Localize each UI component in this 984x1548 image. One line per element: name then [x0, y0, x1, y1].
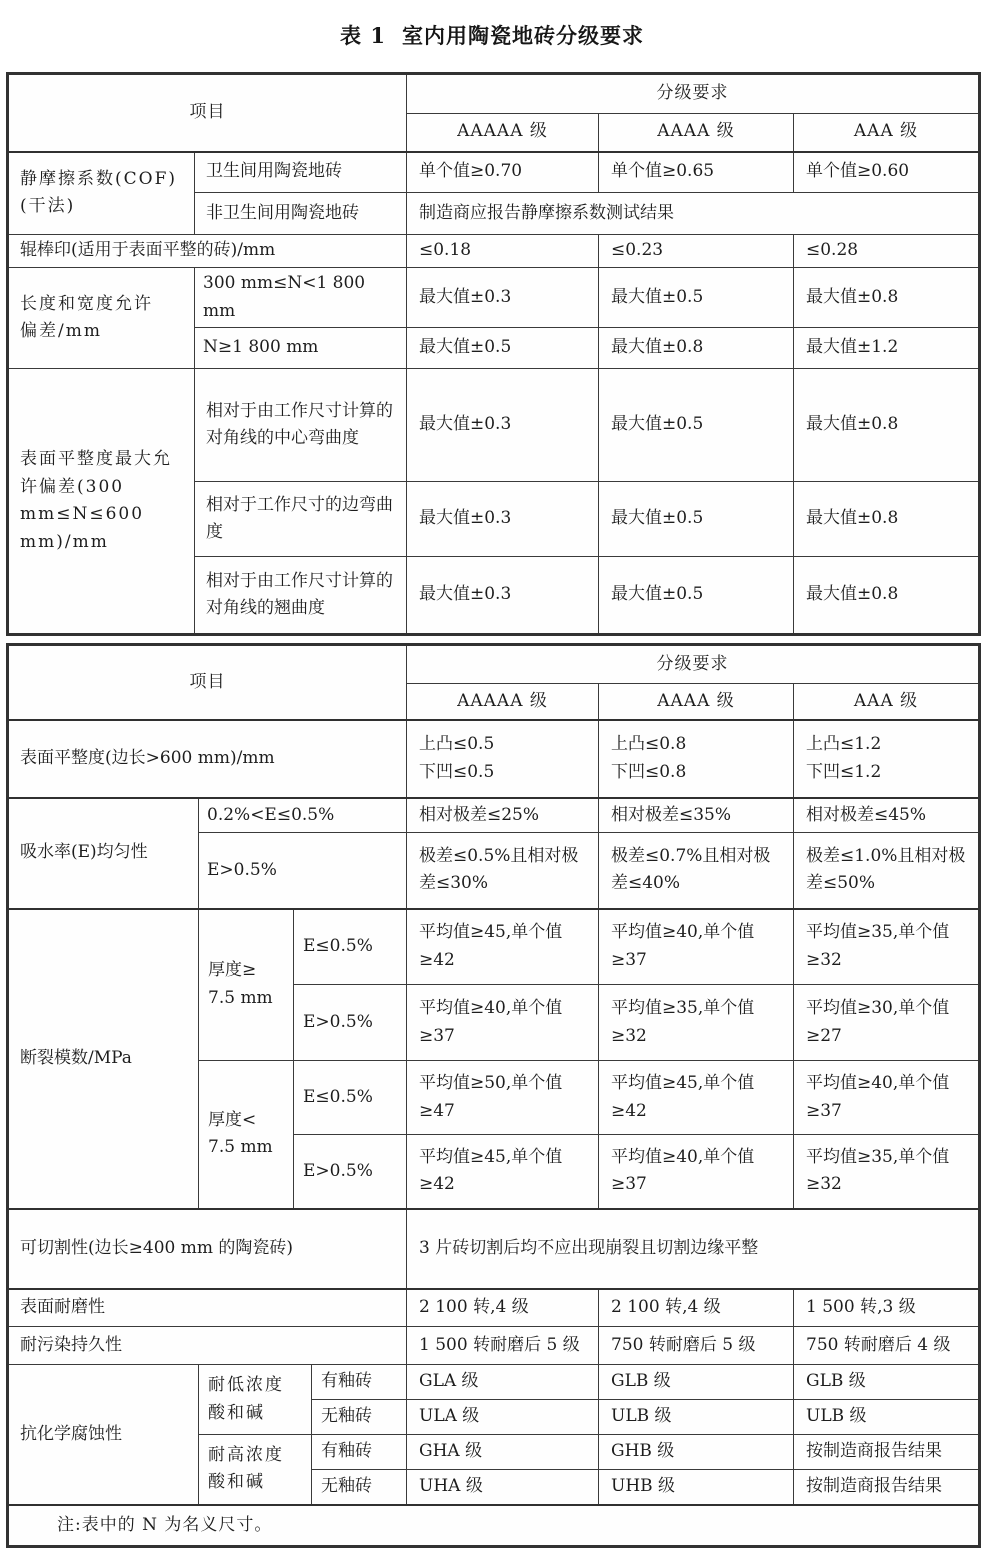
cell-sizedev-range1-aaaa: 最大值±0.5 — [599, 268, 794, 328]
cell-abrasion-aaa: 1 500 转,3 级 — [794, 1289, 980, 1327]
table-note: 注:表中的 N 为名义尺寸。 — [8, 1505, 980, 1547]
cell-flatness-large-label: 表面平整度(边长>600 mm)/mm — [8, 720, 407, 798]
cell-absorption-range2-aaa: 极差≤1.0%且相对极差≤50% — [794, 833, 980, 909]
cell-chemical-low-unglazed-aaa: ULB 级 — [794, 1400, 980, 1435]
table-title-text: 室内用陶瓷地砖分级要求 — [402, 23, 644, 48]
table-number: 表 1 — [340, 23, 386, 48]
cell-modulus-ge-e-low-label: E≤0.5% — [294, 909, 407, 985]
cell-stain-aaaa: 750 转耐磨后 5 级 — [599, 1327, 794, 1365]
cell-flatness-large-aaaa: 上凸≤0.8 下凹≤0.8 — [599, 720, 794, 798]
cell-modulus-lt-e-high-aaaa: 平均值≥40,单个值≥37 — [599, 1135, 794, 1209]
cell-sizedev-label: 长度和宽度允许 偏差/mm — [8, 268, 195, 369]
cell-sizedev-range1-aaaaa: 最大值±0.3 — [407, 268, 599, 328]
document-body: 表 1室内用陶瓷地砖分级要求 项目 分级要求 AAAAA 级 AAAA 级 AA… — [0, 0, 984, 1548]
t2-header-grade-aaaaa: AAAAA 级 — [407, 684, 599, 720]
cell-chemical-low-glazed-aaaa: GLB 级 — [599, 1365, 794, 1400]
t1-header-grading: 分级要求 — [407, 74, 980, 114]
cell-flatness-small-warp-aaaa: 最大值±0.5 — [599, 557, 794, 635]
cell-modulus-label: 断裂模数/MPa — [8, 909, 199, 1209]
cell-modulus-ge-e-high-aaaa: 平均值≥35,单个值≥32 — [599, 985, 794, 1061]
t1-header-grade-aaa: AAA 级 — [794, 114, 980, 152]
cell-modulus-lt-e-low-aaa: 平均值≥40,单个值≥37 — [794, 1061, 980, 1135]
t1-header-grade-aaaaa: AAAAA 级 — [407, 114, 599, 152]
cell-flatness-large-aaa: 上凸≤1.2 下凹≤1.2 — [794, 720, 980, 798]
cell-flatness-small-label: 表面平整度最大允许偏差(300 mm≤N≤600 mm)/mm — [8, 369, 195, 635]
cell-roller-label: 辊棒印(适用于表面平整的砖)/mm — [8, 235, 407, 268]
cell-abrasion-label: 表面耐磨性 — [8, 1289, 407, 1327]
cell-cof-bathroom-aaaa: 单个值≥0.65 — [599, 152, 794, 193]
cell-modulus-lt-e-high-label: E>0.5% — [294, 1135, 407, 1209]
cell-flatness-small-warp-label: 相对于由工作尺寸计算的对角线的翘曲度 — [195, 557, 407, 635]
cell-absorption-range2-label: E>0.5% — [199, 833, 407, 909]
cell-sizedev-range1-aaa: 最大值±0.8 — [794, 268, 980, 328]
cell-absorption-range1-label: 0.2%<E≤0.5% — [199, 798, 407, 833]
t1-header-grade-aaaa: AAAA 级 — [599, 114, 794, 152]
cell-cof-label: 静摩擦系数(COF) (干法) — [8, 152, 195, 235]
cell-stain-aaaaa: 1 500 转耐磨后 5 级 — [407, 1327, 599, 1365]
cell-sizedev-range2-label: N≥1 800 mm — [195, 328, 407, 369]
cell-flatness-small-edge-aaaa: 最大值±0.5 — [599, 482, 794, 557]
cell-chemical-low-unglazed-aaaaa: ULA 级 — [407, 1400, 599, 1435]
cell-sizedev-range2-aaa: 最大值±1.2 — [794, 328, 980, 369]
t2-header-grading: 分级要求 — [407, 645, 980, 684]
cell-sizedev-range2-aaaaa: 最大值±0.5 — [407, 328, 599, 369]
cell-flatness-small-center-aaaaa: 最大值±0.3 — [407, 369, 599, 482]
cell-sizedev-range2-aaaa: 最大值±0.8 — [599, 328, 794, 369]
cell-chemical-high-unglazed-aaaa: UHB 级 — [599, 1470, 794, 1505]
cell-chemical-low-label: 耐低浓度 酸和碱 — [199, 1365, 312, 1435]
cell-modulus-ge-e-low-aaaaa: 平均值≥45,单个值≥42 — [407, 909, 599, 985]
cell-absorption-range1-aaaa: 相对极差≤35% — [599, 798, 794, 833]
cell-chemical-low-unglazed-aaaa: ULB 级 — [599, 1400, 794, 1435]
cell-abrasion-aaaaa: 2 100 转,4 级 — [407, 1289, 599, 1327]
cell-chemical-low-unglazed-label: 无釉砖 — [312, 1400, 407, 1435]
cell-modulus-lt-e-high-aaa: 平均值≥35,单个值≥32 — [794, 1135, 980, 1209]
cell-modulus-ge-e-low-aaaa: 平均值≥40,单个值≥37 — [599, 909, 794, 985]
cell-chemical-high-unglazed-aaa: 按制造商报告结果 — [794, 1470, 980, 1505]
cell-flatness-small-edge-aaa: 最大值±0.8 — [794, 482, 980, 557]
cell-flatness-small-center-label: 相对于由工作尺寸计算的对角线的中心弯曲度 — [195, 369, 407, 482]
cell-chemical-low-glazed-aaa: GLB 级 — [794, 1365, 980, 1400]
cell-sizedev-range1-label: 300 mm≤N<1 800 mm — [195, 268, 407, 328]
cell-modulus-lt-e-low-aaaa: 平均值≥45,单个值≥42 — [599, 1061, 794, 1135]
cell-flatness-small-warp-aaaaa: 最大值±0.3 — [407, 557, 599, 635]
t2-header-item: 项目 — [8, 645, 407, 720]
cell-flatness-small-edge-aaaaa: 最大值±0.3 — [407, 482, 599, 557]
cell-flatness-small-center-aaa: 最大值±0.8 — [794, 369, 980, 482]
cell-abrasion-aaaa: 2 100 转,4 级 — [599, 1289, 794, 1327]
cell-absorption-range2-aaaaa: 极差≤0.5%且相对极差≤30% — [407, 833, 599, 909]
cell-modulus-ge-e-high-aaaaa: 平均值≥40,单个值≥37 — [407, 985, 599, 1061]
cell-modulus-lt-e-low-aaaaa: 平均值≥50,单个值≥47 — [407, 1061, 599, 1135]
cell-chemical-high-unglazed-aaaaa: UHA 级 — [407, 1470, 599, 1505]
cell-roller-aaa: ≤0.28 — [794, 235, 980, 268]
grading-table-top: 项目 分级要求 AAAAA 级 AAAA 级 AAA 级 静摩擦系数(COF) … — [6, 72, 981, 636]
cell-cof-bathroom-label: 卫生间用陶瓷地砖 — [195, 152, 407, 193]
cell-chemical-high-glazed-label: 有釉砖 — [312, 1435, 407, 1470]
cell-modulus-ge-e-low-aaa: 平均值≥35,单个值≥32 — [794, 909, 980, 985]
cell-modulus-ge-e-high-aaa: 平均值≥30,单个值≥27 — [794, 985, 980, 1061]
cell-flatness-small-warp-aaa: 最大值±0.8 — [794, 557, 980, 635]
cell-stain-aaa: 750 转耐磨后 4 级 — [794, 1327, 980, 1365]
cell-absorption-range1-aaaaa: 相对极差≤25% — [407, 798, 599, 833]
cell-cof-bathroom-aaa: 单个值≥0.60 — [794, 152, 980, 193]
cell-chemical-label: 抗化学腐蚀性 — [8, 1365, 199, 1505]
cell-chemical-high-glazed-aaaa: GHB 级 — [599, 1435, 794, 1470]
cell-chemical-low-glazed-label: 有釉砖 — [312, 1365, 407, 1400]
cell-stain-label: 耐污染持久性 — [8, 1327, 407, 1365]
cell-flatness-large-aaaaa: 上凸≤0.5 下凹≤0.5 — [407, 720, 599, 798]
cell-roller-aaaaa: ≤0.18 — [407, 235, 599, 268]
cell-chemical-high-label: 耐高浓度 酸和碱 — [199, 1435, 312, 1505]
cell-chemical-low-glazed-aaaaa: GLA 级 — [407, 1365, 599, 1400]
t1-header-item: 项目 — [8, 74, 407, 152]
cell-cof-nonbathroom-label: 非卫生间用陶瓷地砖 — [195, 193, 407, 235]
cell-absorption-range1-aaa: 相对极差≤45% — [794, 798, 980, 833]
table-caption: 表 1室内用陶瓷地砖分级要求 — [6, 20, 978, 50]
cell-cof-bathroom-aaaaa: 单个值≥0.70 — [407, 152, 599, 193]
cell-modulus-thick-lt-label: 厚度< 7.5 mm — [199, 1061, 294, 1209]
cell-chemical-high-glazed-aaa: 按制造商报告结果 — [794, 1435, 980, 1470]
cell-flatness-small-edge-label: 相对于工作尺寸的边弯曲度 — [195, 482, 407, 557]
cell-chemical-high-unglazed-label: 无釉砖 — [312, 1470, 407, 1505]
grading-table-bottom: 项目 分级要求 AAAAA 级 AAAA 级 AAA 级 表面平整度(边长>60… — [6, 643, 981, 1548]
t2-header-grade-aaa: AAA 级 — [794, 684, 980, 720]
cell-chemical-high-glazed-aaaaa: GHA 级 — [407, 1435, 599, 1470]
cell-cof-nonbathroom-value: 制造商应报告静摩擦系数测试结果 — [407, 193, 980, 235]
cell-modulus-thick-ge-label: 厚度≥ 7.5 mm — [199, 909, 294, 1061]
cell-roller-aaaa: ≤0.23 — [599, 235, 794, 268]
cell-absorption-label: 吸水率(E)均匀性 — [8, 798, 199, 909]
document-page: { "colors": { "ink": "#1d1d1d", "line": … — [0, 0, 984, 1535]
cell-modulus-ge-e-high-label: E>0.5% — [294, 985, 407, 1061]
cell-modulus-lt-e-low-label: E≤0.5% — [294, 1061, 407, 1135]
cell-cuttability-label: 可切割性(边长≥400 mm 的陶瓷砖) — [8, 1209, 407, 1289]
cell-cuttability-value: 3 片砖切割后均不应出现崩裂且切割边缘平整 — [407, 1209, 980, 1289]
cell-flatness-small-center-aaaa: 最大值±0.5 — [599, 369, 794, 482]
cell-absorption-range2-aaaa: 极差≤0.7%且相对极差≤40% — [599, 833, 794, 909]
cell-modulus-lt-e-high-aaaaa: 平均值≥45,单个值≥42 — [407, 1135, 599, 1209]
t2-header-grade-aaaa: AAAA 级 — [599, 684, 794, 720]
